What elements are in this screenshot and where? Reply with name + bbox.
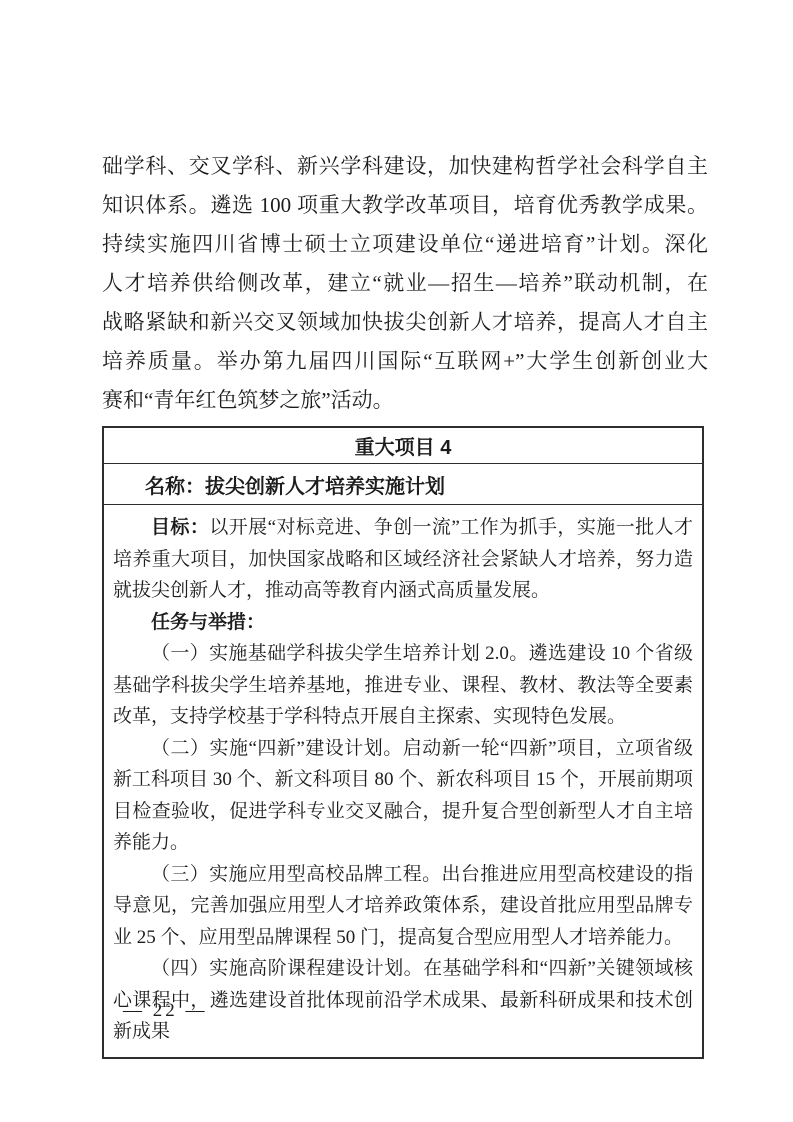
task-item-1: （一）实施基础学科拔尖学生培养计划 2.0。遴选建设 10 个省级基础学科拔尖学… (113, 638, 693, 733)
page-content: 础学科、交叉学科、新兴学科建设，加快建构哲学社会科学自主 知识体系。遴选 100… (102, 147, 708, 1059)
document-page: 础学科、交叉学科、新兴学科建设，加快建构哲学社会科学自主 知识体系。遴选 100… (0, 0, 793, 1122)
table-name-row: 名称：拔尖创新人才培养实施计划 (104, 464, 702, 505)
table-title: 重大项目 4 (355, 431, 452, 460)
task-item-2: （二）实施“四新”建设计划。启动新一轮“四新”项目，立项省级新工科项目 30 个… (113, 733, 693, 859)
task-item-3: （三）实施应用型高校品牌工程。出台推进应用型高校建设的指导意见，完善加强应用型人… (113, 859, 693, 954)
table-header-row: 重大项目 4 (104, 428, 702, 464)
page-number: — 22 — (123, 1000, 208, 1022)
intro-line-6: 培养质量。举办第九届四川国际“互联网+”大学生创新创业大 (102, 342, 708, 381)
intro-paragraph: 础学科、交叉学科、新兴学科建设，加快建构哲学社会科学自主 知识体系。遴选 100… (102, 147, 708, 420)
table-body-cell: 目标：以开展“对标竞进、争创一流”工作为抓手，实施一批人才培养重大项目，加快国家… (104, 505, 702, 1057)
project-name: 名称：拔尖创新人才培养实施计划 (145, 470, 445, 499)
intro-line-4: 人才培养供给侧改革，建立“就业—招生—培养”联动机制，在 (102, 264, 708, 303)
goal-paragraph: 目标：以开展“对标竞进、争创一流”工作为抓手，实施一批人才培养重大项目，加快国家… (113, 512, 693, 607)
intro-line-7: 赛和“青年红色筑梦之旅”活动。 (102, 381, 708, 420)
intro-line-5: 战略紧缺和新兴交叉领域加快拔尖创新人才培养，提高人才自主 (102, 303, 708, 342)
intro-line-2: 知识体系。遴选 100 项重大教学改革项目，培育优秀教学成果。 (102, 186, 708, 225)
goal-label: 目标： (151, 517, 209, 538)
intro-line-1: 础学科、交叉学科、新兴学科建设，加快建构哲学社会科学自主 (102, 147, 708, 186)
major-project-table: 重大项目 4 名称：拔尖创新人才培养实施计划 目标：以开展“对标竞进、争创一流”… (102, 426, 704, 1059)
tasks-label: 任务与举措： (113, 607, 693, 639)
intro-line-3: 持续实施四川省博士硕士立项建设单位“递进培育”计划。深化 (102, 225, 708, 264)
